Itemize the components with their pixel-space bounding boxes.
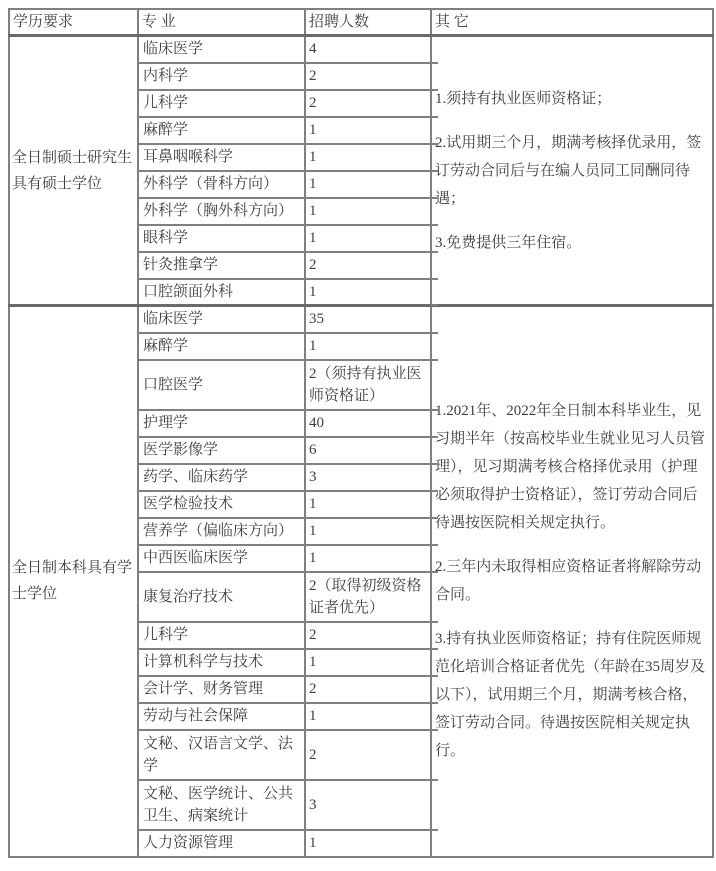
header-row: 学历要求 专 业 招聘人数 其 它 bbox=[9, 9, 713, 36]
count-cell: 2 bbox=[305, 252, 431, 279]
major-cell: 文秘、汉语言文学、法学 bbox=[138, 730, 305, 780]
count-cell: 1 bbox=[305, 144, 431, 171]
count-cell: 6 bbox=[305, 437, 431, 464]
count-cell: 1 bbox=[305, 830, 431, 857]
major-cell: 临床医学 bbox=[138, 36, 305, 63]
table-body: 全日制硕士研究生具有硕士学位临床医学41.须持有执业医师资格证；2.试用期三个月… bbox=[9, 36, 713, 857]
header-education: 学历要求 bbox=[9, 9, 138, 36]
count-cell: 1 bbox=[305, 198, 431, 225]
count-cell: 2（须持有执业医师资格证） bbox=[305, 360, 431, 410]
major-cell: 眼科学 bbox=[138, 225, 305, 252]
note-paragraph: 3.免费提供三年住宿。 bbox=[435, 229, 709, 257]
major-cell: 医学检验技术 bbox=[138, 491, 305, 518]
recruitment-table: 学历要求 专 业 招聘人数 其 它 全日制硕士研究生具有硕士学位临床医学41.须… bbox=[8, 8, 714, 858]
major-cell: 护理学 bbox=[138, 410, 305, 437]
count-cell: 3 bbox=[305, 780, 431, 830]
major-cell: 内科学 bbox=[138, 63, 305, 90]
major-cell: 营养学（偏临床方向） bbox=[138, 518, 305, 545]
count-cell: 1 bbox=[305, 333, 431, 360]
count-cell: 1 bbox=[305, 279, 431, 306]
count-cell: 2（取得初级资格证者优先） bbox=[305, 572, 431, 622]
note-paragraph: 1.2021年、2022年全日制本科毕业生，见习期半年（按高校毕业生就业见习人员… bbox=[435, 397, 709, 537]
count-cell: 1 bbox=[305, 171, 431, 198]
count-cell: 1 bbox=[305, 518, 431, 545]
count-cell: 2 bbox=[305, 676, 431, 703]
count-cell: 40 bbox=[305, 410, 431, 437]
major-cell: 文秘、医学统计、公共卫生、病案统计 bbox=[138, 780, 305, 830]
major-cell: 人力资源管理 bbox=[138, 830, 305, 857]
major-cell: 耳鼻咽喉科学 bbox=[138, 144, 305, 171]
note-paragraph: 2.三年内未取得相应资格证者将解除劳动合同。 bbox=[435, 553, 709, 609]
count-cell: 2 bbox=[305, 730, 431, 780]
major-cell: 口腔医学 bbox=[138, 360, 305, 410]
count-cell: 3 bbox=[305, 464, 431, 491]
major-cell: 外科学（胸外科方向） bbox=[138, 198, 305, 225]
count-cell: 1 bbox=[305, 703, 431, 730]
count-cell: 1 bbox=[305, 117, 431, 144]
note-paragraph: 2.试用期三个月，期满考核择优录用，签订劳动合同后与在编人员同工同酬同待遇； bbox=[435, 129, 709, 213]
major-cell: 麻醉学 bbox=[138, 117, 305, 144]
major-cell: 劳动与社会保障 bbox=[138, 703, 305, 730]
education-requirement-cell: 全日制硕士研究生具有硕士学位 bbox=[9, 36, 138, 306]
major-cell: 计算机科学与技术 bbox=[138, 649, 305, 676]
table-row: 全日制本科具有学士学位临床医学351.2021年、2022年全日制本科毕业生，见… bbox=[9, 306, 713, 333]
other-notes-cell: 1.2021年、2022年全日制本科毕业生，见习期半年（按高校毕业生就业见习人员… bbox=[431, 306, 713, 857]
count-cell: 2 bbox=[305, 90, 431, 117]
major-cell: 药学、临床药学 bbox=[138, 464, 305, 491]
count-cell: 4 bbox=[305, 36, 431, 63]
note-paragraph: 3.持有执业医师资格证；持有住院医师规范化培训合格证者优先（年龄在35周岁及以下… bbox=[435, 625, 709, 765]
other-notes-cell: 1.须持有执业医师资格证；2.试用期三个月，期满考核择优录用，签订劳动合同后与在… bbox=[431, 36, 713, 306]
header-other: 其 它 bbox=[431, 9, 713, 36]
count-cell: 1 bbox=[305, 545, 431, 572]
major-cell: 临床医学 bbox=[138, 306, 305, 333]
major-cell: 中西医临床医学 bbox=[138, 545, 305, 572]
header-count: 招聘人数 bbox=[305, 9, 431, 36]
major-cell: 会计学、财务管理 bbox=[138, 676, 305, 703]
table-row: 全日制硕士研究生具有硕士学位临床医学41.须持有执业医师资格证；2.试用期三个月… bbox=[9, 36, 713, 63]
count-cell: 1 bbox=[305, 649, 431, 676]
major-cell: 麻醉学 bbox=[138, 333, 305, 360]
major-cell: 外科学（骨科方向） bbox=[138, 171, 305, 198]
major-cell: 针灸推拿学 bbox=[138, 252, 305, 279]
major-cell: 儿科学 bbox=[138, 622, 305, 649]
count-cell: 2 bbox=[305, 63, 431, 90]
note-paragraph: 1.须持有执业医师资格证； bbox=[435, 85, 709, 113]
count-cell: 1 bbox=[305, 225, 431, 252]
major-cell: 口腔颌面外科 bbox=[138, 279, 305, 306]
count-cell: 1 bbox=[305, 491, 431, 518]
education-requirement-cell: 全日制本科具有学士学位 bbox=[9, 306, 138, 857]
major-cell: 医学影像学 bbox=[138, 437, 305, 464]
header-major: 专 业 bbox=[138, 9, 305, 36]
major-cell: 康复治疗技术 bbox=[138, 572, 305, 622]
major-cell: 儿科学 bbox=[138, 90, 305, 117]
count-cell: 35 bbox=[305, 306, 431, 333]
count-cell: 2 bbox=[305, 622, 431, 649]
